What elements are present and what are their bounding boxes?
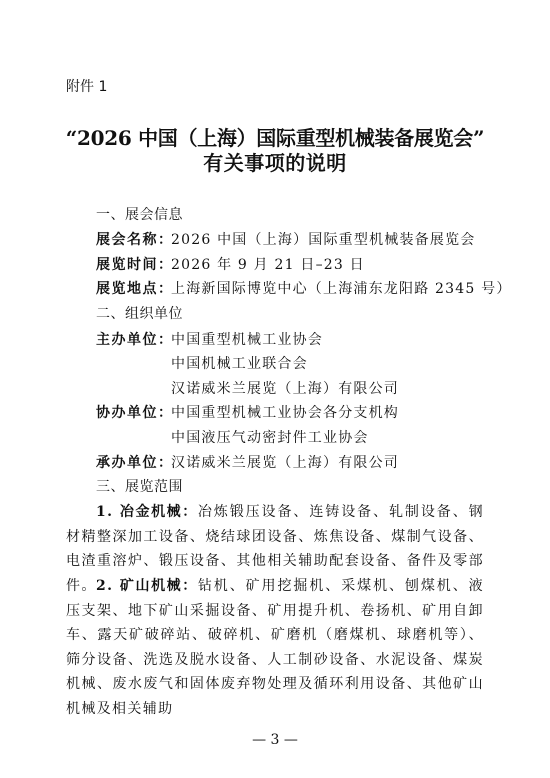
section-heading-exhibition-scope: 三、展览范围 (96, 478, 183, 496)
document-title-line-2: 有关事项的说明 (0, 151, 550, 175)
field-label-exhibition-name: 展会名称： (96, 231, 174, 249)
scope-item-number: 1. (96, 504, 113, 520)
organizer-label-co-host: 协办单位： (96, 404, 174, 422)
field-value-exhibition-time: 2026 年 9 月 21 日–23 日 (171, 256, 365, 274)
section-heading-organizers: 二、组织单位 (96, 305, 183, 323)
page-number: — 3 — (0, 731, 550, 749)
organizer-host-3: 汉诺威米兰展览（上海）有限公司 (171, 380, 399, 398)
organizer-co-host-2: 中国液压气动密封件工业协会 (171, 429, 369, 447)
organizer-host-2: 中国机械工业联合会 (171, 355, 308, 373)
field-value-exhibition-venue: 上海新国际博览中心（上海浦东龙阳路 2345 号） (171, 280, 512, 298)
field-value-exhibition-name: 2026 中国（上海）国际重型机械装备展览会 (171, 231, 475, 249)
scope-item-mining-machinery: 2.矿山机械：钻机、矿用挖掘机、采煤机、刨煤机、液压支架、地下矿山采掘设备、矿用… (66, 574, 484, 721)
organizer-label-host: 主办单位： (96, 331, 174, 349)
organizer-co-host-1: 中国重型机械工业协会各分支机构 (171, 404, 399, 422)
attachment-label: 附件 1 (66, 78, 107, 96)
organizer-label-undertaker: 承办单位： (96, 454, 174, 472)
section-heading-exhibition-info: 一、展会信息 (96, 206, 183, 224)
organizer-undertaker-1: 汉诺威米兰展览（上海）有限公司 (171, 454, 399, 472)
organizer-host-1: 中国重型机械工业协会 (171, 331, 323, 349)
scope-item-label: 冶金机械： (119, 504, 198, 520)
scope-item-label: 矿山机械： (119, 578, 198, 594)
document-page: 附件 1 “2026 中国（上海）国际重型机械装备展览会” 有关事项的说明 一、… (0, 0, 550, 778)
field-label-exhibition-time: 展览时间： (96, 256, 174, 274)
document-title-line-1: “2026 中国（上海）国际重型机械装备展览会” (0, 126, 550, 150)
field-label-exhibition-venue: 展览地点： (96, 280, 174, 298)
scope-item-number: 2. (96, 578, 113, 594)
scope-item-text: 钻机、矿用挖掘机、采煤机、刨煤机、液压支架、地下矿山采掘设备、矿用提升机、卷扬机… (66, 578, 484, 717)
